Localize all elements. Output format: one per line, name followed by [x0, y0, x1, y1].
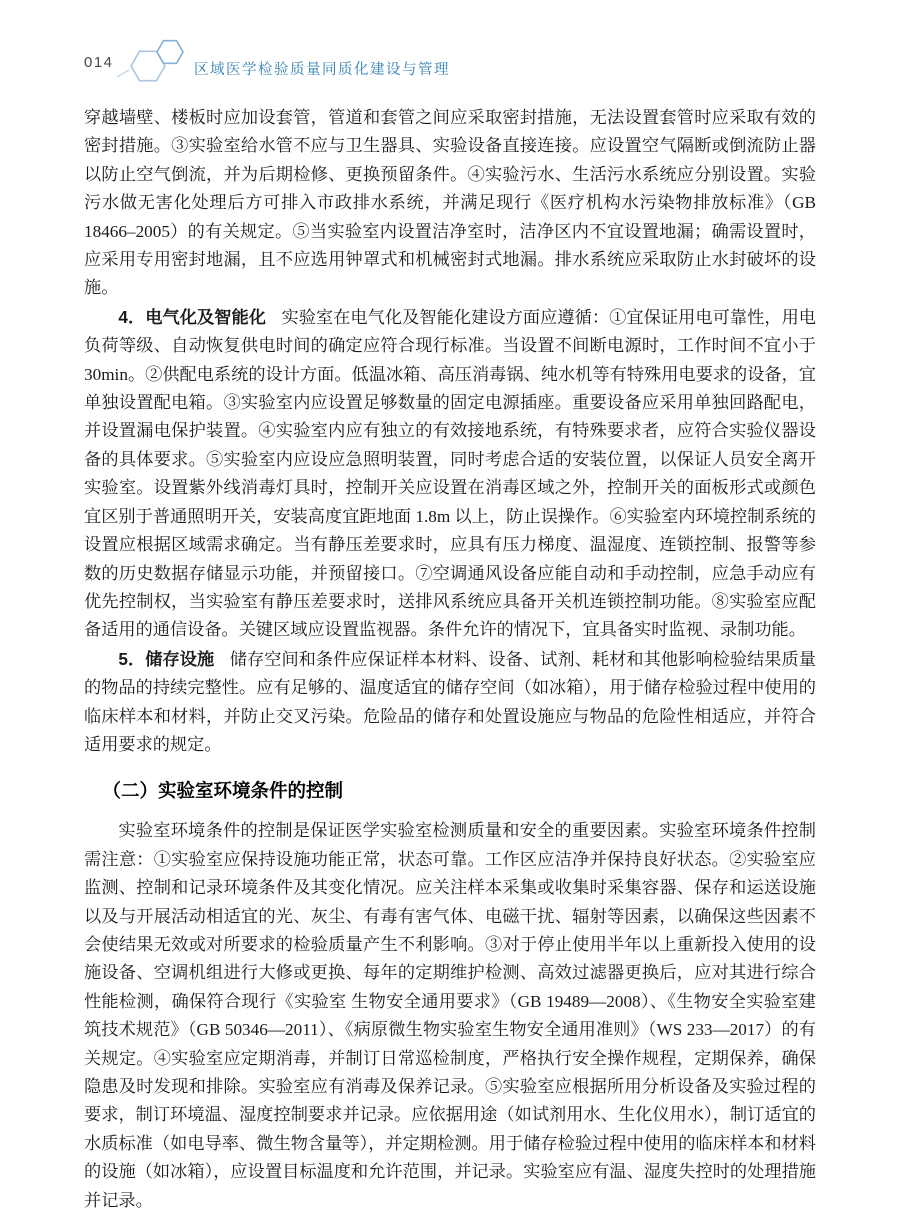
- paragraph-electrification: 4．电气化及智能化实验室在电气化及智能化建设方面应遵循：①宜保证用电可靠性，用电…: [84, 303, 816, 645]
- paragraph-text: 实验室在电气化及智能化建设方面应遵循：①宜保证用电可靠性，用电负荷等级、自动恢复…: [84, 308, 816, 639]
- paragraph-storage-facilities: 5．储存设施储存空间和条件应保证样本材料、设备、试剂、耗材和其他影响检验结果质量…: [84, 645, 816, 760]
- item-5-lead-label: 5．储存设施: [118, 649, 214, 669]
- page-header: 014 区域医学检验质量同质化建设与管理: [84, 34, 816, 86]
- item-4-lead-label: 4．电气化及智能化: [118, 307, 266, 327]
- section-heading: （二）实验室环境条件的控制: [84, 778, 816, 804]
- page-body: 穿越墙壁、楼板时应加设套管，管道和套管之间应采取密封措施，无法设置套管时应采取有…: [84, 104, 816, 1215]
- page-number: 014: [84, 54, 114, 71]
- paragraph-drainage-continuation: 穿越墙壁、楼板时应加设套管，管道和套管之间应采取密封措施，无法设置套管时应采取有…: [84, 104, 816, 303]
- hexagon-decoration-icon: [114, 34, 200, 90]
- paragraph-text: 实验室环境条件的控制是保证医学实验室检测质量和安全的重要因素。实验室环境条件控制…: [84, 821, 816, 1209]
- book-title: 区域医学检验质量同质化建设与管理: [194, 58, 450, 79]
- book-page: 014 区域医学检验质量同质化建设与管理 穿越墙壁、楼板时应加设套管，管道和套管…: [0, 0, 900, 1222]
- paragraph-environment-control: 实验室环境条件的控制是保证医学实验室检测质量和安全的重要因素。实验室环境条件控制…: [84, 817, 816, 1215]
- paragraph-text: 穿越墙壁、楼板时应加设套管，管道和套管之间应采取密封措施，无法设置套管时应采取有…: [84, 108, 816, 297]
